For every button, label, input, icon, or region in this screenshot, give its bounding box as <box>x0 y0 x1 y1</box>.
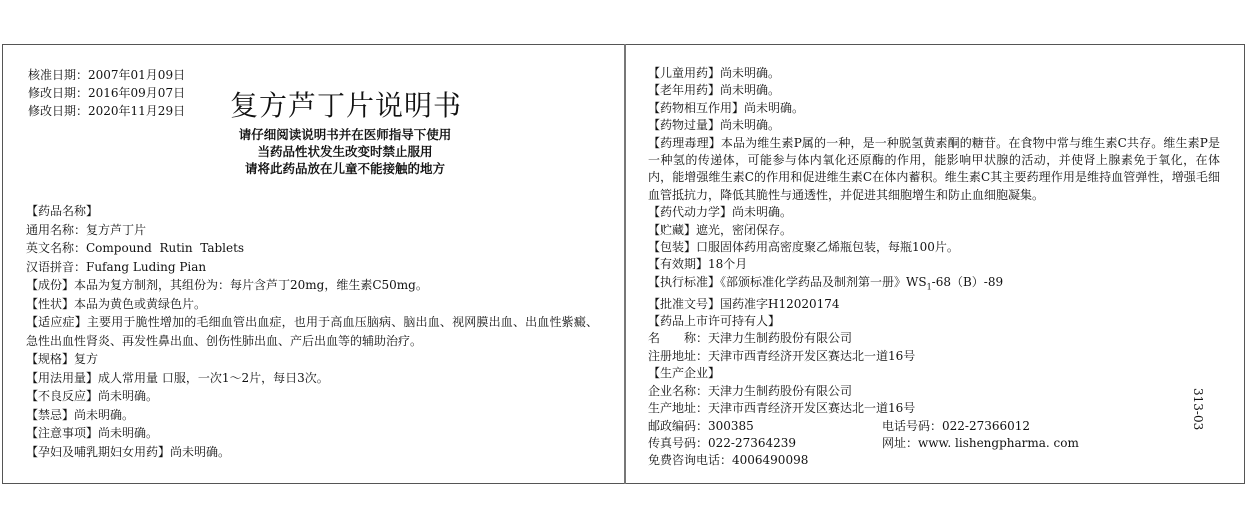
warning-line: 当药品性状发生改变时禁止服用 <box>210 143 480 160</box>
shelf-life: 【有效期】18个月 <box>648 256 1220 273</box>
dosage: 【用法用量】成人常用量 口服，一次1～2片，每日3次。 <box>26 369 598 388</box>
mah-header: 【药品上市许可持有人】 <box>648 313 1220 330</box>
mah-name: 名 称：天津力生制药股份有限公司 <box>648 330 1220 347</box>
generic-name: 通用名称：复方芦丁片 <box>26 221 598 240</box>
standard-prefix: 【执行标准】《部颁标准化学药品及制剂第一册》WS <box>648 275 927 289</box>
postal-code: 邮政编码：300385 <box>648 418 882 435</box>
document-code: 313-03 <box>1191 388 1205 430</box>
warning-line: 请将此药品放在儿童不能接触的地方 <box>210 160 480 177</box>
contact-row-2: 传真号码：022-27364239 网址：www. lishengpharma.… <box>648 435 1220 452</box>
drug-name-header: 【药品名称】 <box>26 202 598 221</box>
pediatric-use: 【儿童用药】尚未明确。 <box>648 65 1220 82</box>
ingredients: 【成份】本品为复方制剂，其组份为：每片含芦丁20mg，维生素C50mg。 <box>26 276 598 295</box>
date-block: 核准日期：2007年01月09日 修改日期：2016年09月07日 修改日期：2… <box>28 66 185 120</box>
overdose: 【药物过量】尚未明确。 <box>648 117 1220 134</box>
hotline: 免费咨询电话：4006490098 <box>648 452 1220 469</box>
mah-address: 注册地址：天津市西青经济开发区赛达北一道16号 <box>648 348 1220 365</box>
standard-suffix: -68（B）-89 <box>932 275 1003 289</box>
website: 网址：www. lishengpharma. com <box>882 435 1079 452</box>
right-column: 【儿童用药】尚未明确。 【老年用药】尚未明确。 【药物相互作用】尚未明确。 【药… <box>648 65 1220 470</box>
adverse-reactions: 【不良反应】尚未明确。 <box>26 387 598 406</box>
manufacturer-address: 生产地址：天津市西青经济开发区赛达北一道16号 <box>648 400 1220 417</box>
fax-number: 传真号码：022-27364239 <box>648 435 882 452</box>
drug-interactions: 【药物相互作用】尚未明确。 <box>648 100 1220 117</box>
column-divider <box>624 44 626 484</box>
pregnancy-use: 【孕妇及哺乳期妇女用药】尚未明确。 <box>26 443 598 462</box>
revision-date-1: 修改日期：2016年09月07日 <box>28 84 185 102</box>
indications: 【适应症】主要用于脆性增加的毛细血管出血症，也用于高血压脑病、脑出血、视网膜出血… <box>26 313 598 350</box>
precautions: 【注意事项】尚未明确。 <box>26 424 598 443</box>
pharmacology: 【药理毒理】本品为维生素P属的一种，是一种脱氢黄素酮的糖苷。在食物中常与维生素C… <box>648 135 1220 205</box>
left-column: 【药品名称】 通用名称：复方芦丁片 英文名称：Compound Rutin Ta… <box>26 202 598 461</box>
contact-row-1: 邮政编码：300385 电话号码：022-27366012 <box>648 418 1220 435</box>
packaging: 【包装】口服固体药用高密度聚乙烯瓶包装，每瓶100片。 <box>648 239 1220 256</box>
warning-line: 请仔细阅读说明书并在医师指导下使用 <box>210 126 480 143</box>
manufacturer-name: 企业名称：天津力生制药股份有限公司 <box>648 383 1220 400</box>
contraindications: 【禁忌】尚未明确。 <box>26 406 598 425</box>
specification: 【规格】复方 <box>26 350 598 369</box>
phone-number: 电话号码：022-27366012 <box>882 418 1030 435</box>
manufacturer-header: 【生产企业】 <box>648 365 1220 382</box>
revision-date-2: 修改日期：2020年11月29日 <box>28 102 185 120</box>
standard: 【执行标准】《部颁标准化学药品及制剂第一册》WS1-68（B）-89 <box>648 274 1220 296</box>
geriatric-use: 【老年用药】尚未明确。 <box>648 82 1220 99</box>
approval-date: 核准日期：2007年01月09日 <box>28 66 185 84</box>
document-title: 复方芦丁片说明书 <box>228 88 464 124</box>
description: 【性状】本品为黄色或黄绿色片。 <box>26 295 598 314</box>
approval-number: 【批准文号】国药准字H12020174 <box>648 296 1220 313</box>
pinyin-name: 汉语拼音：Fufang Luding Pian <box>26 258 598 277</box>
pharmacokinetics: 【药代动力学】尚未明确。 <box>648 204 1220 221</box>
storage: 【贮藏】遮光，密闭保存。 <box>648 222 1220 239</box>
warning-block: 请仔细阅读说明书并在医师指导下使用 当药品性状发生改变时禁止服用 请将此药品放在… <box>210 126 480 177</box>
english-name: 英文名称：Compound Rutin Tablets <box>26 239 598 258</box>
